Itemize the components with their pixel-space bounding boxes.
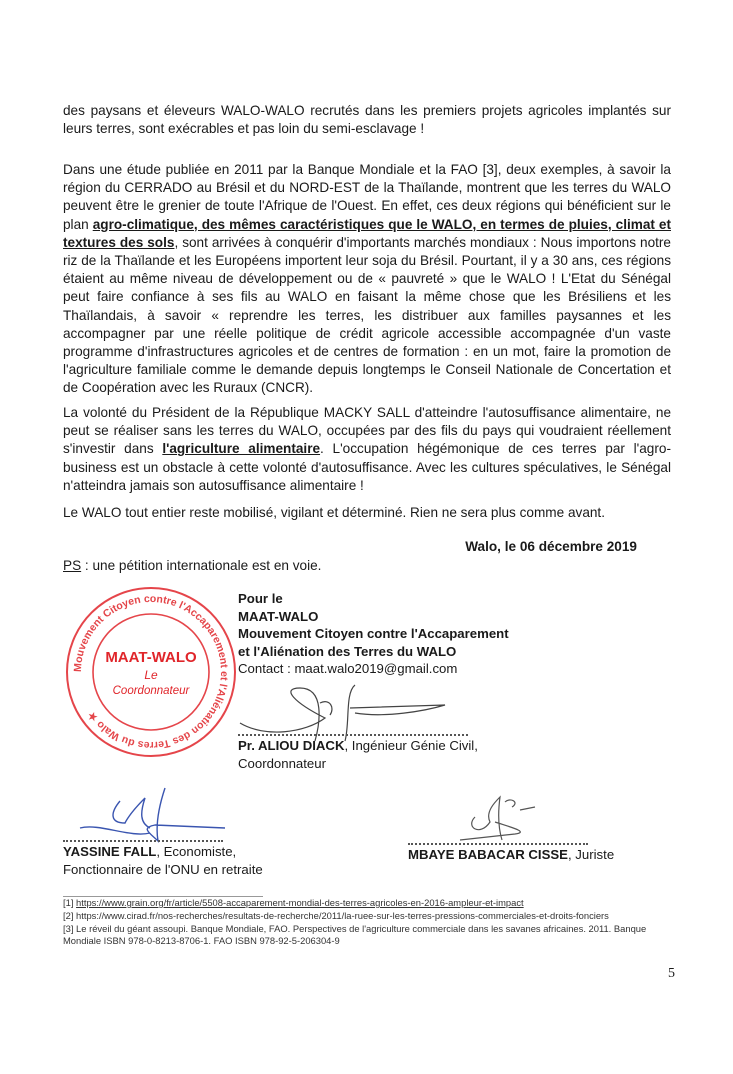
document-page: des paysans et éleveurs WALO-WALO recrut… — [0, 0, 733, 1074]
signature-line-1 — [238, 734, 468, 736]
signatory-1-name: Pr. ALIOU DIACK — [238, 738, 344, 753]
ps-text: : une pétition internationale est en voi… — [81, 558, 321, 573]
paragraph-1: des paysans et éleveurs WALO-WALO recrut… — [63, 102, 671, 138]
footnote-1-link[interactable]: https://www.grain.org/fr/article/5508-ac… — [76, 897, 524, 908]
signature-line-3 — [408, 843, 588, 845]
signatory-2-name: YASSINE FALL — [63, 844, 156, 859]
signatory-3-name: MBAYE BABACAR CISSE — [408, 847, 568, 862]
stamp-line-2: Le — [144, 668, 158, 682]
footnote-1-marker: [1] — [63, 897, 73, 908]
signature-yassine-fall — [70, 783, 240, 843]
signatory-2: YASSINE FALL, Economiste, Fonctionnaire … — [63, 843, 263, 878]
page-number: 5 — [668, 966, 675, 982]
paragraph-2: Dans une étude publiée en 2011 par la Ba… — [63, 161, 671, 398]
signatory-1-role: Coordonnateur — [238, 756, 326, 771]
sig-line-4: et l'Aliénation des Terres du WALO — [238, 643, 509, 661]
paragraph-2-text-b: , sont arrivées à conquérir d'importants… — [63, 235, 671, 396]
signature-mbaye-cisse — [440, 782, 560, 842]
footnote-2-marker: [2] — [63, 910, 73, 921]
footnote-3-text: Le réveil du géant assoupi. Banque Mondi… — [63, 923, 646, 947]
footnotes: [1] https://www.grain.org/fr/article/550… — [63, 897, 683, 948]
signature-block: Pour le MAAT-WALO Mouvement Citoyen cont… — [238, 590, 509, 678]
organization-stamp: Mouvement Citoyen contre l'Accaparement … — [63, 584, 239, 760]
signatory-1: Pr. ALIOU DIACK, Ingénieur Génie Civil, … — [238, 737, 478, 772]
footnote-3-marker: [3] — [63, 923, 73, 934]
signature-line-2 — [63, 840, 223, 842]
paragraph-3: La volonté du Président de la République… — [63, 404, 671, 495]
signatory-2-title: , Economiste, — [156, 844, 236, 859]
footnote-1: [1] https://www.grain.org/fr/article/550… — [63, 897, 683, 910]
footnote-3: [3] Le réveil du géant assoupi. Banque M… — [63, 923, 683, 949]
postscript: PS : une pétition internationale est en … — [63, 558, 321, 573]
sig-line-1: Pour le — [238, 590, 509, 608]
footnote-2-text: https://www.cirad.fr/nos-recherches/resu… — [76, 910, 609, 921]
stamp-title: MAAT-WALO — [105, 649, 197, 666]
date-line: Walo, le 06 décembre 2019 — [465, 539, 637, 554]
paragraph-3-emphasis: l'agriculture alimentaire — [162, 441, 320, 456]
signatory-2-role: Fonctionnaire de l'ONU en retraite — [63, 862, 263, 877]
signatory-3: MBAYE BABACAR CISSE, Juriste — [408, 846, 614, 864]
sig-line-3: Mouvement Citoyen contre l'Accaparement — [238, 625, 509, 643]
signatory-3-title: , Juriste — [568, 847, 614, 862]
ps-label: PS — [63, 558, 81, 573]
footnote-2: [2] https://www.cirad.fr/nos-recherches/… — [63, 910, 683, 923]
signatory-1-title: , Ingénieur Génie Civil, — [344, 738, 477, 753]
sig-line-2: MAAT-WALO — [238, 608, 509, 626]
paragraph-4: Le WALO tout entier reste mobilisé, vigi… — [63, 504, 671, 522]
contact-line: Contact : maat.walo2019@gmail.com — [238, 660, 509, 678]
stamp-line-3: Coordonnateur — [113, 685, 191, 697]
